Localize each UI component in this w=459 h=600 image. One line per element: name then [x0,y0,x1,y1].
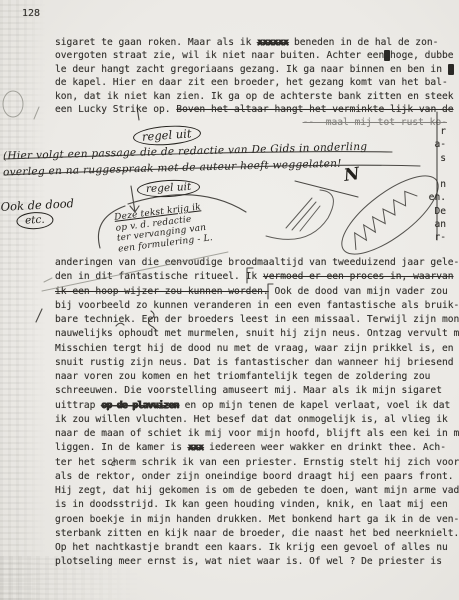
text-line: sterbank zitten en kijk naar de broeder,… [55,527,457,541]
text-segment: -- [303,117,326,128]
text-segment: ik een hoop wijzer zou kunnen worden. [55,286,269,297]
handwritten-ook-de-dood: Ook de dood etc. [0,196,75,228]
text-segment: anderingen van die eenvoudige broodmaalt… [55,257,459,268]
text-line: als de rektor, onder zijn oneindige boor… [55,470,457,484]
text-segment: hoge, dubbe [390,50,454,61]
text-line: een Lucky Strike op. Boven het altaar ha… [55,103,453,116]
page-number: 128 [22,8,40,19]
text-line: Op het nachtkastje brandt een kaars. Ik … [55,541,457,555]
text-segment: Hij zegt, dat hij gekomen is om de gebed… [55,485,459,496]
text-line: r- [416,231,446,244]
text-line: naar voren zou komen en het triomfanteli… [55,370,457,384]
text-segment: le deur hangt zacht gregoriaans gezang. … [55,64,448,75]
text-segment: Misschien tergt hij de dood nu met de vr… [55,343,454,354]
text-segment: vermoed er een proces in, waarvan [263,271,454,282]
text-segment: bare techniek. Een der broeders leest in… [55,314,459,325]
text-segment: naar voren zou komen en het triomfanteli… [55,371,430,382]
text-line: plotseling meer ernst is, wat niet waar … [55,555,457,569]
text-line: schreeuwen. Die voorstelling amuseert mi… [55,384,457,398]
scan-noise-left [0,0,46,600]
text-segment: de kapel. Hier en daar zit een broeder, … [55,77,448,88]
text-segment: schreeuwen. Die voorstelling amuseert mi… [55,385,442,396]
handwritten-etc-circled: etc. [16,211,54,230]
text-segment: xxx [188,442,204,453]
text-segment: liggen. In de kamer is [55,442,188,453]
text-segment: Ook de dood van mijn vader zou [269,286,448,297]
text-line: ik zou willen vluchten. Het besef dat da… [55,413,457,427]
handwritten-c-correction: c [111,459,116,469]
text-line: r [416,125,446,138]
text-segment: op de plavuizen [101,400,179,411]
text-line: anderingen van die eenvoudige broodmaalt… [55,256,457,270]
text-line: sigaret te gaan roken. Maar als ik xxxxx… [55,36,453,49]
text-line: en. [416,191,446,204]
text-segment: sigaret te gaan roken. Maar als ik [55,37,257,48]
text-line: n [416,178,446,191]
text-segment: den in dit fantastische ritueel. Ik [55,271,263,282]
handwritten-n-insertion-mark: N [343,164,361,186]
text-line: -- maal mij tot rust ko- [55,116,447,129]
text-line: kon, dat ik niet kan zien. Ik ga op de a… [55,90,453,103]
text-line: an [416,218,446,231]
text-line: naar de maan of schiet ik mij voor mijn … [55,427,457,441]
text-line: overgoten straat zie, wil ik niet naar b… [55,49,453,62]
text-line: Hij zegt, dat hij gekomen is om de gebed… [55,484,457,498]
text-segment: groen boekje in mijn handen drukken. Met… [55,514,459,525]
text-segment: Op het nachtkastje brandt een kaars. Ik … [55,542,448,553]
right-margin-letter-fragments: ra-s nen.Deanr- [416,125,446,245]
text-segment: iedereen weer wakker en drinkt thee. Ach… [203,442,446,453]
text-segment: ik zou willen vluchten. Het besef dat da… [55,414,448,425]
typed-partial-erased-line: -- maal mij tot rust ko- [55,116,447,129]
text-line: is in doodsstrijd. Ik kan geen houding v… [55,498,457,512]
text-line: ik een hoop wijzer zou kunnen worden. Oo… [55,285,457,299]
text-line: de kapel. Hier en daar zit een broeder, … [55,76,453,89]
text-segment: plotseling meer ernst is, wat niet waar … [55,556,442,567]
text-line: uittrap op de plavuizen en op mijn tenen… [55,399,457,413]
text-segment: een Lucky Strike op. [55,104,176,115]
manuscript-page: 128 sigaret te gaan roken. Maar als ik x… [0,0,459,600]
text-line: De [416,205,446,218]
text-segment: xxxxxx [257,37,288,48]
text-segment: nauwelijks ophoudt met murmelen, snuit h… [55,328,459,339]
text-line: groen boekje in mijn handen drukken. Met… [55,513,457,527]
text-segment: kon, dat ik niet kan zien. Ik ga op de a… [55,91,454,102]
handwritten-insert-note: Deze tekst krijg ikop v. d. redactieter … [114,201,214,254]
text-line: bare techniek. Een der broeders leest in… [55,313,457,327]
typed-paragraph-top: sigaret te gaan roken. Maar als ik xxxxx… [55,36,453,116]
text-line: a- [416,138,446,151]
text-line: nauwelijks ophoudt met murmelen, snuit h… [55,327,457,341]
text-segment: x [448,64,454,75]
small-diagonal-scribble [266,190,333,239]
text-segment: en op mijn tenen de kapel verlaat, voel … [179,400,450,411]
text-segment: als de rektor, onder zijn oneindige boor… [55,471,454,482]
text-line: den in dit fantastische ritueel. Ik verm… [55,270,457,284]
text-segment: snuit rustig zijn neus. Dat is fantastis… [55,357,454,368]
text-segment: beneden in de hal de zon- [288,37,438,48]
text-segment: naar de maan of schiet ik mij voor mijn … [55,428,459,439]
text-segment: sterbank zitten en kijk naar de broeder,… [55,528,459,539]
text-segment: Boven het altaar hangt het verminkte lij… [176,104,453,115]
text-segment: is in doodsstrijd. Ik kan geen houding v… [55,499,448,510]
typed-paragraph-main: anderingen van die eenvoudige broodmaalt… [55,256,457,570]
text-line: bij voorbeeld zo kunnen veranderen in ee… [55,299,457,313]
text-segment: uittrap [55,400,101,411]
text-line: Misschien tergt hij de dood nu met de vr… [55,342,457,356]
text-segment: overgoten straat zie, wil ik niet naar b… [55,50,384,61]
handwritten-regel-uit-second: regel uit [137,178,201,198]
text-line: liggen. In de kamer is xxx iedereen weer… [55,441,457,455]
text-line: snuit rustig zijn neus. Dat is fantastis… [55,356,457,370]
text-segment: bij voorbeeld zo kunnen veranderen in ee… [55,300,459,311]
text-line: le deur hangt zacht gregoriaans gezang. … [55,63,453,76]
